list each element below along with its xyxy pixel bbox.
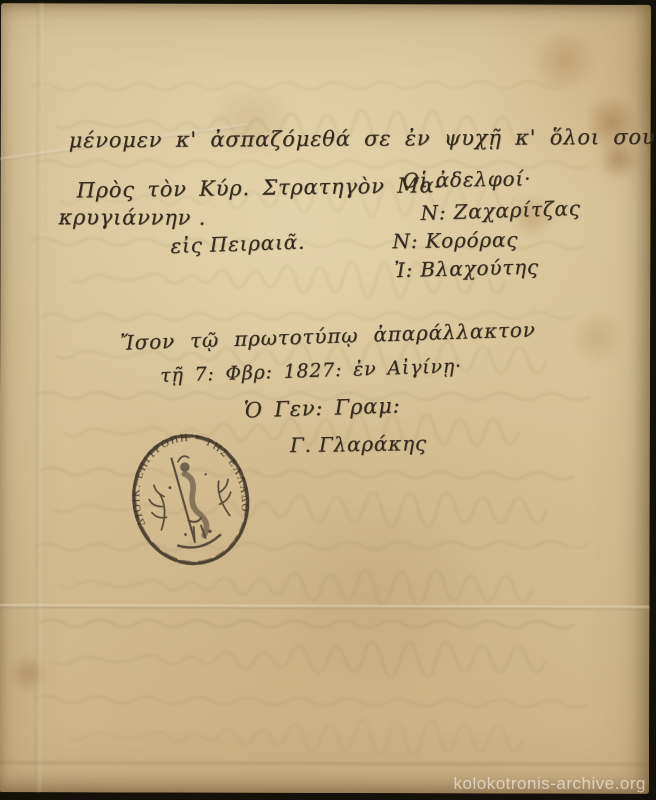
- signature-name: Ν: Κορόρας: [392, 227, 518, 253]
- svg-text:ΔΙΟΙΚ. ΕΠΙΤΡΟΠΗ * ΤΗΣ ΕΛΛΑΔΟΣ: ΔΙΟΙΚ. ΕΠΙΤΡΟΠΗ * ΤΗΣ ΕΛΛΑΔΟΣ: [110, 412, 255, 539]
- stain: [7, 655, 49, 691]
- signature-name: Ν: Ζαχαρίτζας: [420, 196, 581, 225]
- signatures-header: Οἱ ἀδελφοί·: [402, 166, 531, 192]
- stain: [526, 33, 604, 89]
- fold-crease: [35, 3, 43, 792]
- certification-line-4: Γ. Γλαράκης: [290, 431, 427, 457]
- official-seal: ΔΙΟΙΚ. ΕΠΙΤΡΟΠΗ * ΤΗΣ ΕΛΛΑΔΟΣ: [110, 412, 272, 586]
- address-line-1: Πρὸς τὸν Κύρ. Στρατηγὸν Μα-: [76, 173, 442, 202]
- fold-crease: [0, 604, 649, 610]
- archive-watermark: kolokotronis-archive.org: [454, 774, 646, 794]
- fold-crease: [0, 761, 649, 766]
- closing-line: μένομεν κ' ἀσπαζόμεθά σε ἐν ψυχῇ κ' ὅλοι…: [69, 124, 656, 152]
- manuscript-page: μένομεν κ' ἀσπαζόμεθά σε ἐν ψυχῇ κ' ὅλοι…: [0, 3, 651, 794]
- stain: [249, 504, 509, 685]
- address-line-3: εἰς Πειραιᾶ.: [170, 230, 305, 258]
- signature-name: Ἰ: Βλαχούτης: [394, 255, 539, 282]
- certification-line-3: Ὁ Γεν: Γραμ:: [244, 393, 401, 422]
- stain: [572, 305, 620, 371]
- seal-inscription: ΔΙΟΙΚ. ΕΠΙΤΡΟΠΗ * ΤΗΣ ΕΛΛΑΔΟΣ: [110, 412, 255, 539]
- document-photo: μένομεν κ' ἀσπαζόμεθά σε ἐν ψυχῇ κ' ὅλοι…: [0, 0, 656, 800]
- address-line-2: κρυγιάννην .: [58, 205, 206, 229]
- certification-line-2: τῇ 7: Φβρ: 1827: ἐν Αἰγίνῃ·: [160, 355, 462, 387]
- certification-line-1: Ἴσον τῷ πρωτοτύπῳ ἀπαράλλακτον: [120, 317, 536, 354]
